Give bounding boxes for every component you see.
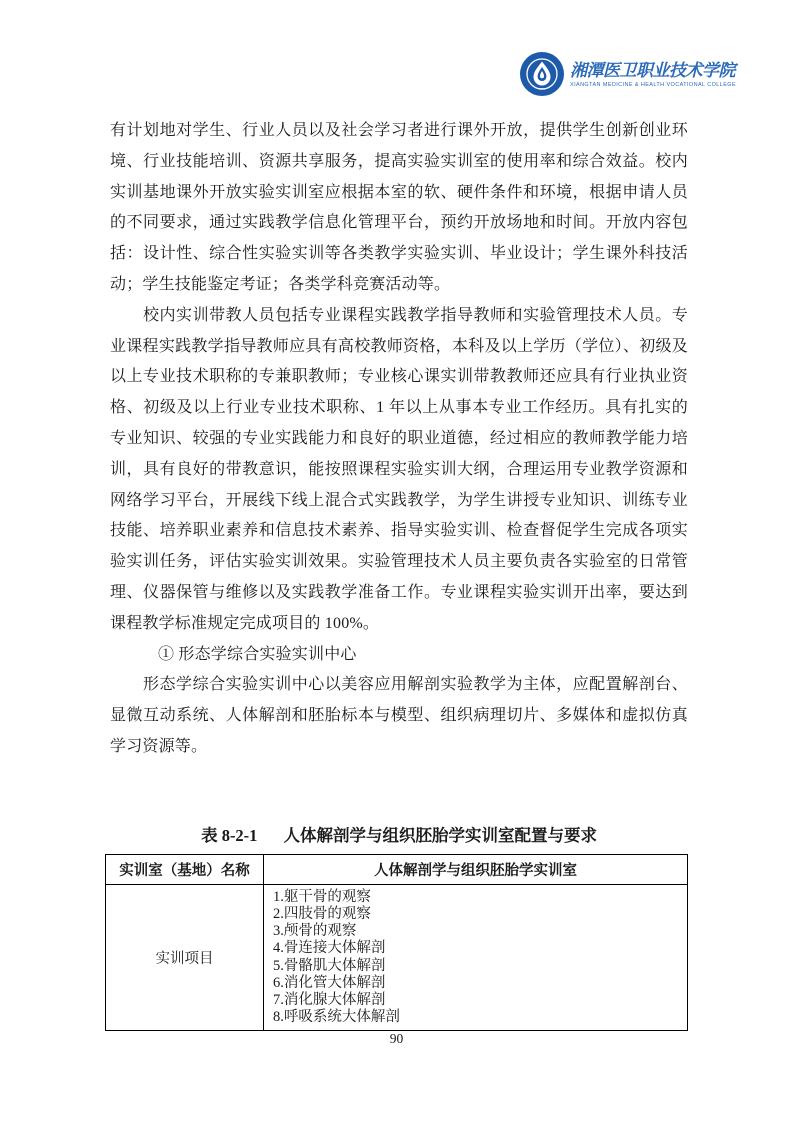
training-project-item: 4.骨连接大体解剖 bbox=[273, 940, 687, 957]
training-project-item: 3.颅骨的观察 bbox=[273, 923, 687, 940]
college-logo: 湘潭医卫职业技术学院 XIANGTAN MEDICINE & HEALTH VO… bbox=[520, 52, 736, 96]
training-project-item: 7.消化腺大体解剖 bbox=[273, 992, 687, 1009]
training-project-item: 6.消化管大体解剖 bbox=[273, 975, 687, 992]
paragraph-open-access: 有计划地对学生、行业人员以及社会学习者进行课外开放，提供学生创新创业环境、行业技… bbox=[110, 116, 688, 301]
training-room-config-table: 实训室（基地）名称 人体解剖学与组织胚胎学实训室 实训项目 1.躯干骨的观察 2… bbox=[105, 854, 688, 1032]
table-caption-number: 表 8-2-1 bbox=[201, 826, 257, 845]
college-name-zh: 湘潭医卫职业技术学院 bbox=[570, 61, 736, 81]
table-caption-title: 人体解剖学与组织胚胎学实训室配置与要求 bbox=[283, 826, 597, 845]
table-header-row: 实训室（基地）名称 人体解剖学与组织胚胎学实训室 bbox=[106, 854, 688, 884]
table-header-room-name: 实训室（基地）名称 bbox=[106, 854, 264, 884]
row-label-training-projects: 实训项目 bbox=[106, 884, 264, 1031]
document-body: 有计划地对学生、行业人员以及社会学习者进行课外开放，提供学生创新创业环境、行业技… bbox=[110, 116, 688, 1031]
table-caption: 表 8-2-1人体解剖学与组织胚胎学实训室配置与要求 bbox=[110, 825, 688, 847]
training-project-item: 8.呼吸系统大体解剖 bbox=[273, 1009, 687, 1026]
table-header-room-value: 人体解剖学与组织胚胎学实训室 bbox=[264, 854, 688, 884]
table-row-training-projects: 实训项目 1.躯干骨的观察 2.四肢骨的观察 3.颅骨的观察 4.骨连接大体解剖… bbox=[106, 884, 688, 1031]
document-page: 湘潭医卫职业技术学院 XIANGTAN MEDICINE & HEALTH VO… bbox=[0, 0, 793, 1122]
college-name-en: XIANGTAN MEDICINE & HEALTH VOCATIONAL CO… bbox=[570, 82, 736, 88]
training-project-item: 1.躯干骨的观察 bbox=[273, 889, 687, 906]
row-items-training-projects: 1.躯干骨的观察 2.四肢骨的观察 3.颅骨的观察 4.骨连接大体解剖 5.骨骼… bbox=[264, 884, 688, 1031]
list-heading-morphology-center: ① 形态学综合实验实训中心 bbox=[110, 640, 688, 671]
training-project-item: 5.骨骼肌大体解剖 bbox=[273, 958, 687, 975]
college-emblem-icon bbox=[520, 52, 564, 96]
paragraph-morphology-center: 形态学综合实验实训中心以美容应用解剖实验教学为主体，应配置解剖台、显微互动系统、… bbox=[110, 670, 688, 762]
paragraph-instructors: 校内实训带教人员包括专业课程实践教学指导教师和实验管理技术人员。专业课程实践教学… bbox=[110, 301, 688, 640]
training-project-item: 2.四肢骨的观察 bbox=[273, 906, 687, 923]
college-name-block: 湘潭医卫职业技术学院 XIANGTAN MEDICINE & HEALTH VO… bbox=[570, 61, 736, 88]
page-number: 90 bbox=[0, 1031, 793, 1047]
